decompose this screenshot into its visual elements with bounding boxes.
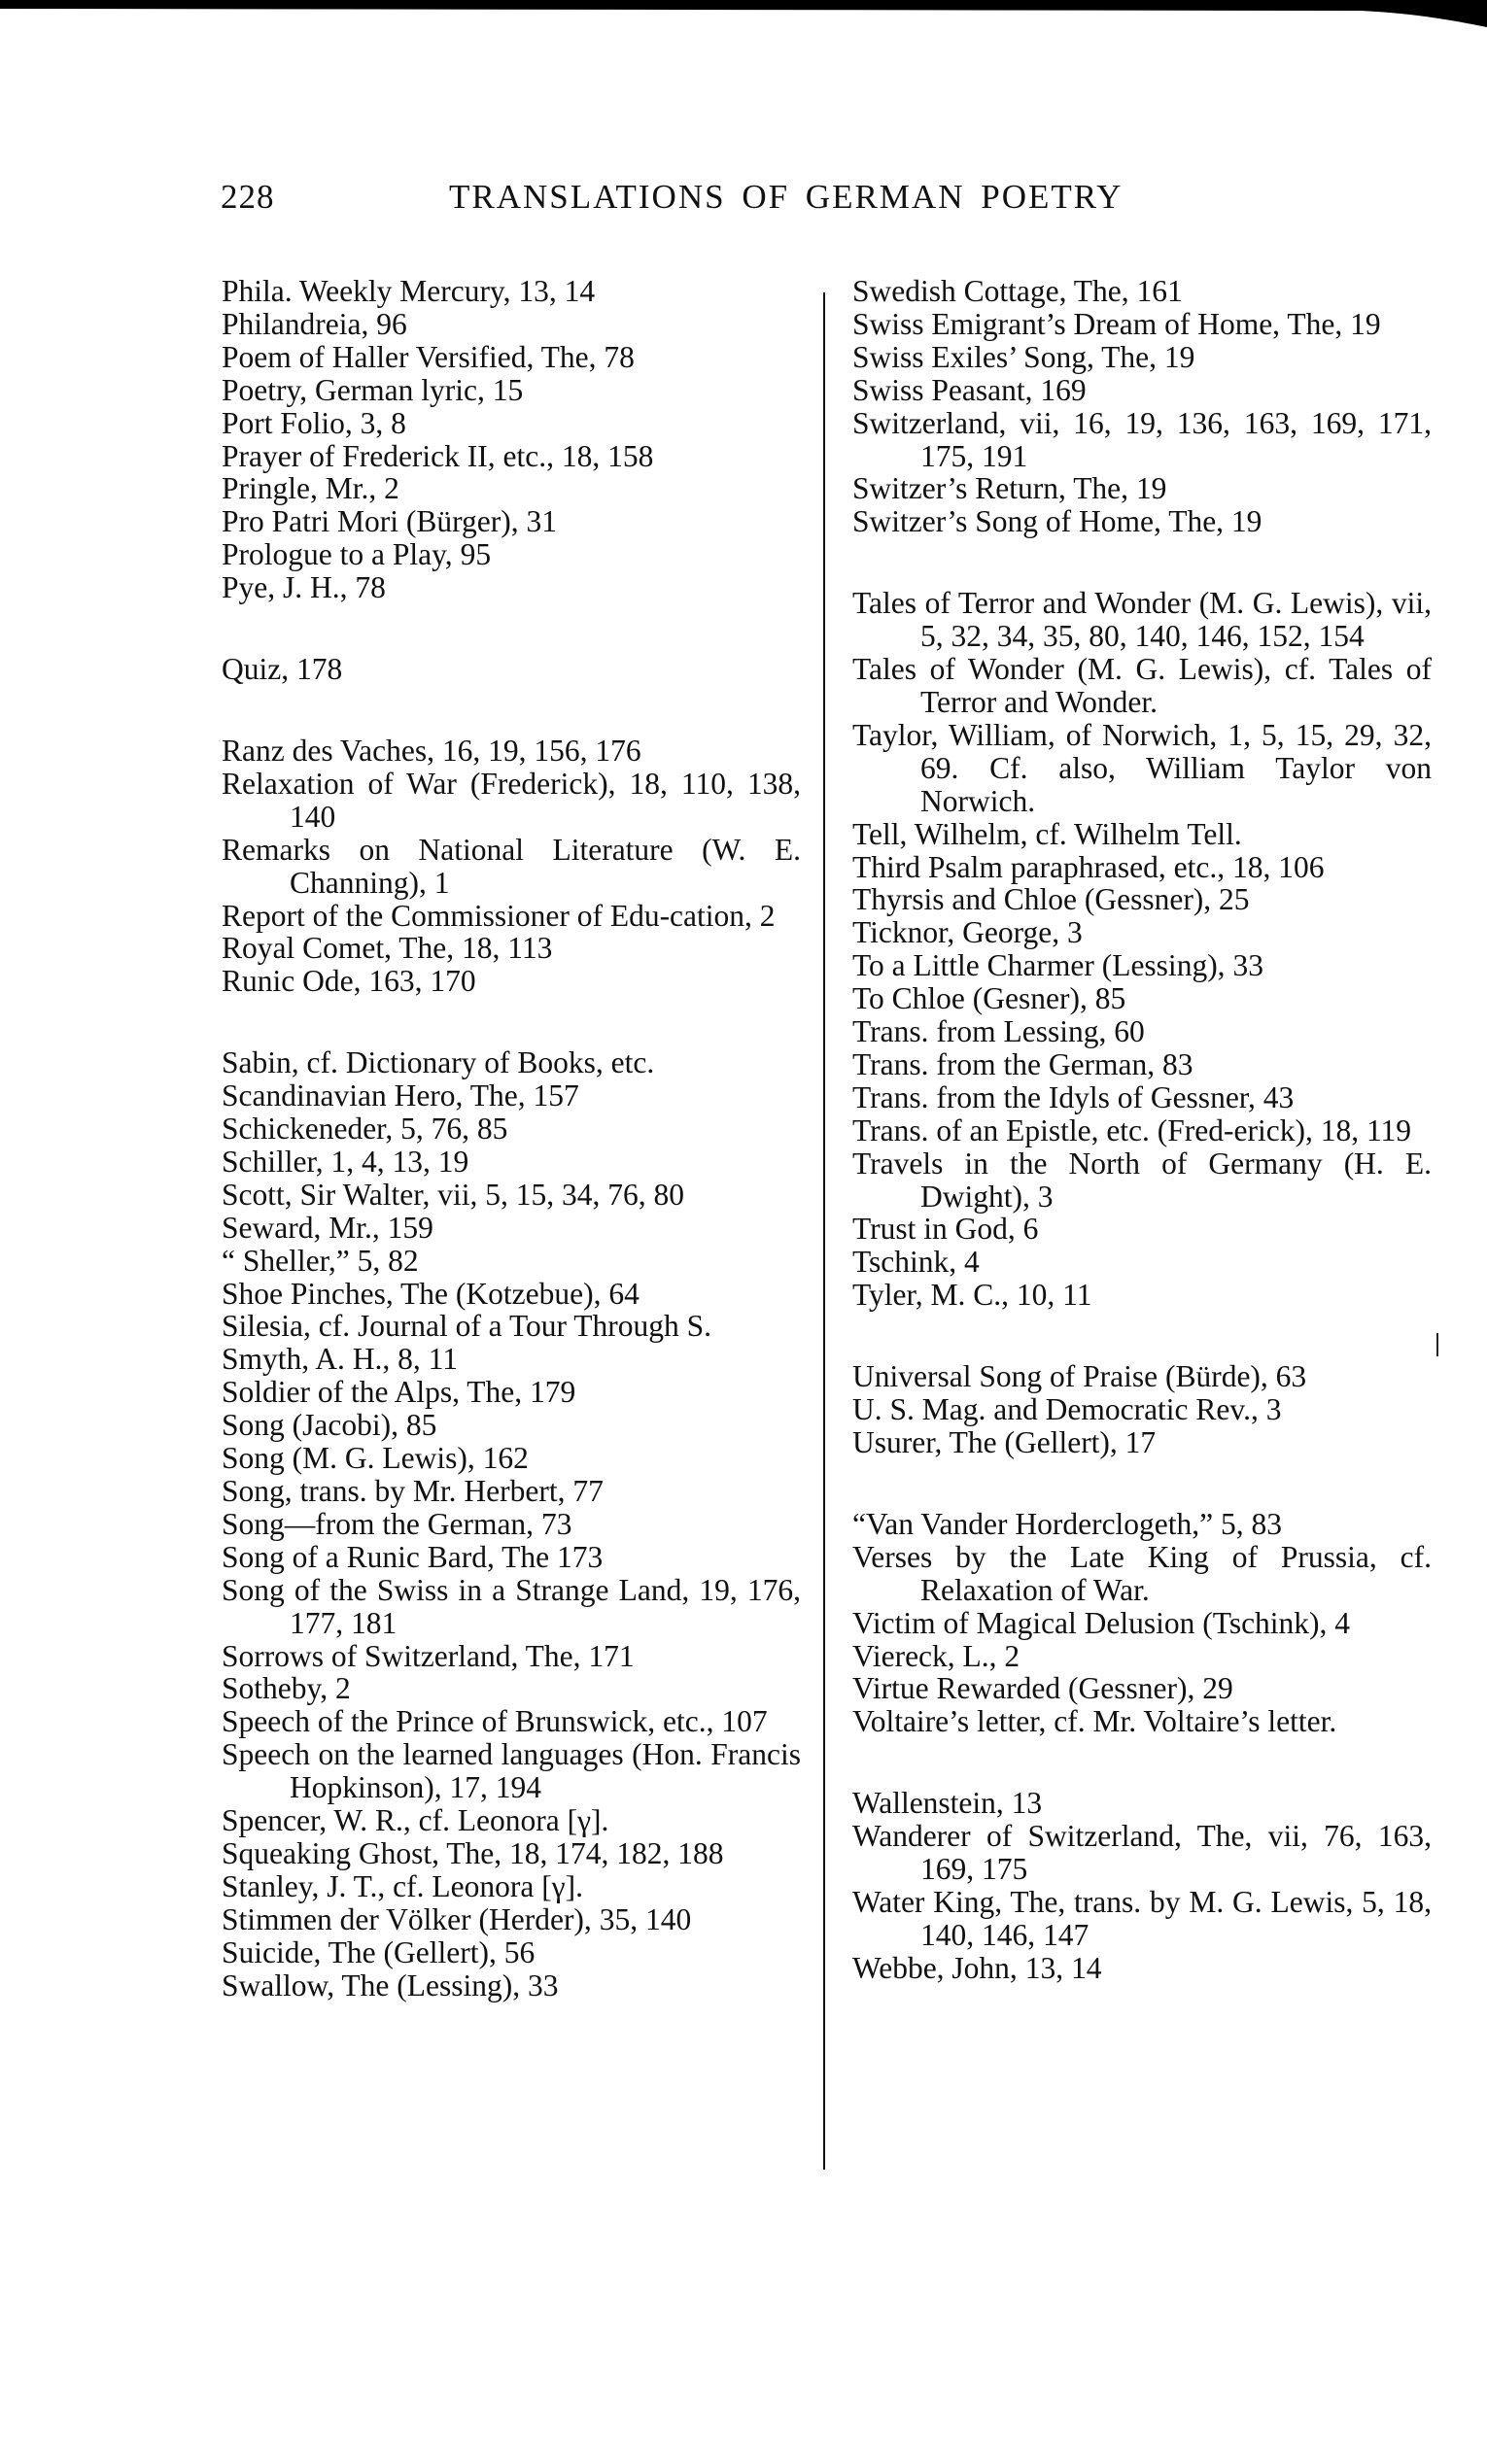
index-entry: Swallow, The (Lessing), 33	[222, 1969, 801, 2002]
index-entry: Trans. from the German, 83	[852, 1048, 1432, 1081]
entry-heading: Song—from the German,	[222, 1507, 541, 1541]
entry-heading: Water King, The, trans. by M. G. Lewis,	[852, 1885, 1362, 1919]
entry-page-refs: 19	[1136, 471, 1167, 505]
index-entry: Sotheby, 2	[222, 1672, 801, 1705]
entry-page-refs: 18, 158	[562, 439, 654, 473]
entry-page-refs: 19	[1350, 307, 1381, 341]
entry-heading: To Chloe (Gesner),	[852, 981, 1095, 1015]
entry-page-refs: 4	[964, 1245, 980, 1279]
index-entry: Poem of Haller Versified, The, 78	[222, 341, 801, 374]
index-entry: Song—from the German, 73	[222, 1508, 801, 1541]
entry-page-refs: 2	[384, 471, 399, 505]
index-entry: Swedish Cottage, The, 161	[852, 275, 1432, 308]
letter-group-p: Phila. Weekly Mercury, 13, 14Philandreia…	[222, 275, 801, 604]
entry-heading: U. S. Mag. and Democratic Rev.,	[852, 1392, 1266, 1426]
stray-mark	[1436, 1333, 1438, 1356]
entry-page-refs: 18, 119	[1321, 1113, 1411, 1147]
entry-heading: Virtue Rewarded (Gessner),	[852, 1671, 1202, 1705]
entry-heading: Relaxation of War (Frederick),	[222, 767, 629, 801]
entry-page-refs: 13	[1012, 1786, 1043, 1820]
entry-heading: Verses by the Late King of Prussia, cf. …	[852, 1540, 1432, 1607]
entry-heading: Remarks on National Literature (W. E. Ch…	[222, 833, 801, 900]
index-entry: Swiss Peasant, 169	[852, 374, 1432, 407]
entry-heading: Trans. from Lessing,	[852, 1014, 1114, 1048]
index-entry: Trans. from the Idyls of Gessner, 43	[852, 1081, 1432, 1114]
index-entry: Song (M. G. Lewis), 162	[222, 1442, 801, 1475]
entry-heading: Report of the Commissioner of Edu-cation…	[222, 899, 760, 933]
entry-page-refs: 161	[1137, 274, 1183, 308]
index-entry: Usurer, The (Gellert), 17	[852, 1426, 1432, 1459]
entry-page-refs: 18, 174, 182, 188	[509, 1836, 724, 1870]
entry-page-refs: 33	[1232, 948, 1263, 982]
entry-heading: Swiss Emigrant’s Dream of Home, The,	[852, 307, 1350, 341]
index-entry: Quiz, 178	[222, 653, 801, 686]
index-entry: Report of the Commissioner of Edu-cation…	[222, 900, 801, 933]
index-entry: Switzer’s Return, The, 19	[852, 472, 1432, 505]
index-entry: Song, trans. by Mr. Herbert, 77	[222, 1475, 801, 1508]
entry-page-refs: 8, 11	[398, 1342, 458, 1376]
entry-heading: Pro Patri Mori (Bürger),	[222, 504, 527, 538]
index-entry: Runic Ode, 163, 170	[222, 965, 801, 998]
entry-heading: Song, trans. by Mr. Herbert,	[222, 1474, 572, 1508]
entry-heading: Swiss Exiles’ Song, The,	[852, 340, 1164, 374]
entry-heading: Pye, J. H.,	[222, 570, 355, 604]
letter-group-q: Quiz, 178	[222, 653, 801, 686]
entry-page-refs: 3	[1266, 1392, 1282, 1426]
entry-heading: Suicide, The (Gellert),	[222, 1935, 504, 1969]
index-entry: Swiss Emigrant’s Dream of Home, The, 19	[852, 308, 1432, 341]
entry-heading: Tales of Terror and Wonder (M. G. Lewis)…	[852, 586, 1392, 620]
index-entry: Voltaire’s letter, cf. Mr. Voltaire’s le…	[852, 1705, 1432, 1738]
entry-heading: Taylor, William, of Norwich,	[852, 718, 1228, 752]
entry-heading: “Van Vander Horderclogeth,”	[852, 1507, 1221, 1541]
entry-page-refs: 157	[533, 1078, 578, 1112]
index-entry: Philandreia, 96	[222, 308, 801, 341]
entry-page-refs: 17	[1125, 1425, 1157, 1459]
index-entry: Scandinavian Hero, The, 157	[222, 1079, 801, 1112]
index-entry: Switzer’s Song of Home, The, 19	[852, 505, 1432, 538]
index-entry: Poetry, German lyric, 15	[222, 374, 801, 407]
entry-heading: Port Folio,	[222, 406, 361, 440]
entry-heading: Scandinavian Hero, The,	[222, 1078, 533, 1112]
index-entry: Soldier of the Alps, The, 179	[222, 1376, 801, 1409]
index-entry: Smyth, A. H., 8, 11	[222, 1343, 801, 1376]
index-entry: Song of a Runic Bard, The 173	[222, 1541, 801, 1574]
entry-page-refs: 18, 113	[462, 931, 552, 965]
entry-page-refs: 31	[527, 504, 558, 538]
index-entry: U. S. Mag. and Democratic Rev., 3	[852, 1393, 1432, 1426]
entry-page-refs: 107	[721, 1704, 767, 1738]
entry-page-refs: 95	[461, 537, 492, 571]
entry-page-refs: 19	[1164, 340, 1195, 374]
entry-heading: Tales of Wonder (M. G. Lewis), cf. Tales…	[852, 652, 1432, 719]
entry-page-refs: 13, 14	[1025, 1951, 1102, 1985]
entry-page-refs: 159	[388, 1211, 433, 1245]
entry-heading: Viereck, L.,	[852, 1639, 1004, 1673]
entry-page-refs: 64	[608, 1277, 640, 1311]
entry-heading: Song (M. G. Lewis),	[222, 1441, 483, 1475]
entry-heading: Stanley, J. T., cf. Leonora [γ].	[222, 1869, 583, 1903]
entry-page-refs: 78	[604, 340, 635, 374]
entry-page-refs: 6	[1023, 1212, 1039, 1246]
entry-heading: Tyler, M. C.,	[852, 1278, 1017, 1312]
entry-heading: Trans. from the German,	[852, 1047, 1162, 1081]
letter-group-r: Ranz des Vaches, 16, 19, 156, 176Relaxat…	[222, 735, 801, 998]
index-entry: Viereck, L., 2	[852, 1640, 1432, 1673]
index-entry: Prologue to a Play, 95	[222, 538, 801, 571]
entry-heading: Sorrows of Switzerland, The,	[222, 1639, 588, 1673]
index-entry: Stanley, J. T., cf. Leonora [γ].	[222, 1870, 801, 1903]
index-entry: Phila. Weekly Mercury, 13, 14	[222, 275, 801, 308]
index-entry: Water King, The, trans. by M. G. Lewis, …	[852, 1886, 1432, 1952]
scan-edge-shadow	[0, 0, 1487, 39]
index-entry: Prayer of Frederick II, etc., 18, 158	[222, 440, 801, 473]
entry-page-refs: 1, 4, 13, 19	[330, 1145, 468, 1179]
entry-page-refs: 78	[355, 570, 386, 604]
index-entry: Trust in God, 6	[852, 1213, 1432, 1246]
index-entry: Trans. from Lessing, 60	[852, 1015, 1432, 1048]
index-entry: To Chloe (Gesner), 85	[852, 982, 1432, 1015]
entry-heading: Ticknor, George,	[852, 915, 1067, 949]
entry-heading: Thyrsis and Chloe (Gessner),	[852, 882, 1219, 916]
index-entry: Taylor, William, of Norwich, 1, 5, 15, 2…	[852, 719, 1432, 818]
entry-page-refs: 4	[1334, 1606, 1350, 1640]
entry-heading: Switzerland,	[852, 406, 1020, 440]
index-entry: Virtue Rewarded (Gessner), 29	[852, 1672, 1432, 1705]
index-entry: Pye, J. H., 78	[222, 571, 801, 604]
entry-page-refs: 2	[335, 1671, 351, 1705]
entry-heading: To a Little Charmer (Lessing),	[852, 948, 1232, 982]
entry-page-refs: 29	[1202, 1671, 1233, 1705]
index-entry: Suicide, The (Gellert), 56	[222, 1936, 801, 1969]
entry-heading: Swiss Peasant,	[852, 373, 1040, 407]
entry-page-refs: 173	[557, 1540, 603, 1574]
index-entry: Tschink, 4	[852, 1246, 1432, 1279]
entry-heading: Swedish Cottage, The,	[852, 274, 1137, 308]
entry-heading: Prologue to a Play,	[222, 537, 461, 571]
entry-page-refs: 178	[296, 652, 342, 686]
entry-heading: Seward, Mr.,	[222, 1211, 388, 1245]
page-number: 228	[221, 178, 275, 217]
entry-page-refs: 73	[541, 1507, 572, 1541]
index-entry: Stimmen der Völker (Herder), 35, 140	[222, 1903, 801, 1936]
entry-page-refs: 60	[1114, 1014, 1145, 1048]
entry-heading: Switzer’s Return, The,	[852, 471, 1136, 505]
index-column-right: Swedish Cottage, The, 161Swiss Emigrant’…	[852, 275, 1432, 1985]
entry-page-refs: 77	[572, 1474, 604, 1508]
entry-page-refs: 3, 8	[361, 406, 406, 440]
entry-heading: Poetry, German lyric,	[222, 373, 493, 407]
letter-group-t: Tales of Terror and Wonder (M. G. Lewis)…	[852, 587, 1432, 1312]
index-entry: Switzerland, vii, 16, 19, 136, 163, 169,…	[852, 407, 1432, 473]
index-column-left: Phila. Weekly Mercury, 13, 14Philandreia…	[222, 275, 801, 2002]
entry-heading: Quiz,	[222, 652, 296, 686]
index-entry: Schiller, 1, 4, 13, 19	[222, 1146, 801, 1179]
entry-heading: Smyth, A. H.,	[222, 1342, 398, 1376]
letter-group-s: Swedish Cottage, The, 161Swiss Emigrant’…	[852, 275, 1432, 538]
entry-heading: Royal Comet, The,	[222, 931, 462, 965]
index-entry: Port Folio, 3, 8	[222, 407, 801, 440]
entry-page-refs: 169	[1040, 373, 1086, 407]
index-entry: Pringle, Mr., 2	[222, 472, 801, 505]
letter-group-spacer	[852, 1312, 1432, 1360]
index-entry: Ticknor, George, 3	[852, 916, 1432, 949]
index-entry: Tales of Wonder (M. G. Lewis), cf. Tales…	[852, 653, 1432, 719]
index-entry: Pro Patri Mori (Bürger), 31	[222, 505, 801, 538]
entry-heading: Usurer, The (Gellert),	[852, 1425, 1125, 1459]
letter-group-u: Universal Song of Praise (Bürde), 63U. S…	[852, 1360, 1432, 1459]
entry-heading: Sotheby,	[222, 1671, 335, 1705]
entry-heading: Third Psalm paraphrased, etc.,	[852, 850, 1232, 884]
letter-group-spacer	[852, 1738, 1432, 1787]
index-entry: Swiss Exiles’ Song, The, 19	[852, 341, 1432, 374]
entry-page-refs: 162	[483, 1441, 529, 1475]
index-entry: Victim of Magical Delusion (Tschink), 4	[852, 1607, 1432, 1640]
letter-group-spacer	[222, 686, 801, 735]
entry-page-refs: vii, 5, 15, 34, 76, 80	[437, 1178, 684, 1212]
entry-heading: Wanderer of Switzerland, The,	[852, 1819, 1268, 1853]
entry-heading: Tschink,	[852, 1245, 964, 1279]
entry-page-refs: 56	[504, 1935, 536, 1969]
index-entry: Travels in the North of Germany (H. E. D…	[852, 1147, 1432, 1214]
entry-page-refs: 171	[588, 1639, 634, 1673]
entry-page-refs: 63	[1276, 1359, 1307, 1393]
entry-page-refs: 18, 106	[1232, 850, 1325, 884]
entry-heading: Song of a Runic Bard, The	[222, 1540, 557, 1574]
entry-heading: Wallenstein,	[852, 1786, 1012, 1820]
entry-heading: Trust in God,	[852, 1212, 1023, 1246]
entry-heading: Squeaking Ghost, The,	[222, 1836, 509, 1870]
entry-heading: Shoe Pinches, The (Kotzebue),	[222, 1277, 608, 1311]
entry-heading: “ Sheller,”	[222, 1244, 358, 1278]
entry-page-refs: 17, 194	[450, 1770, 542, 1804]
entry-page-refs: 35, 140	[600, 1902, 692, 1936]
entry-page-refs: 25	[1219, 882, 1250, 916]
entry-page-refs: 2	[760, 899, 776, 933]
entry-heading: Soldier of the Alps, The,	[222, 1375, 530, 1409]
entry-heading: Victim of Magical Delusion (Tschink),	[852, 1606, 1334, 1640]
index-entry: Tales of Terror and Wonder (M. G. Lewis)…	[852, 587, 1432, 653]
index-entry: Schickeneder, 5, 76, 85	[222, 1112, 801, 1146]
entry-page-refs: 163, 170	[368, 964, 475, 998]
index-entry: Remarks on National Literature (W. E. Ch…	[222, 834, 801, 900]
entry-heading: Webbe, John,	[852, 1951, 1025, 1985]
entry-heading: Switzer’s Song of Home, The,	[852, 504, 1231, 538]
index-entry: Universal Song of Praise (Bürde), 63	[852, 1360, 1432, 1393]
index-entry: Song (Jacobi), 85	[222, 1409, 801, 1442]
index-entry: Seward, Mr., 159	[222, 1212, 801, 1245]
letter-group-v: “Van Vander Horderclogeth,” 5, 83Verses …	[852, 1508, 1432, 1738]
letter-group-s: Sabin, cf. Dictionary of Books, etc.Scan…	[222, 1046, 801, 2002]
letter-group-spacer	[222, 604, 801, 653]
entry-heading: Trans. of an Epistle, etc. (Fred-erick),	[852, 1113, 1321, 1147]
entry-page-refs: 5, 83	[1221, 1507, 1282, 1541]
entry-heading: Trans. from the Idyls of Gessner,	[852, 1080, 1263, 1114]
index-entry: Royal Comet, The, 18, 113	[222, 932, 801, 965]
letter-group-spacer	[852, 1459, 1432, 1508]
entry-heading: Schickeneder,	[222, 1112, 400, 1146]
entry-heading: Scott, Sir Walter,	[222, 1178, 437, 1212]
entry-heading: Voltaire’s letter, cf. Mr. Voltaire’s le…	[852, 1704, 1336, 1738]
entry-heading: Runic Ode,	[222, 964, 368, 998]
entry-heading: Pringle, Mr.,	[222, 471, 384, 505]
entry-heading: Ranz des Vaches,	[222, 734, 442, 768]
entry-heading: Schiller,	[222, 1145, 330, 1179]
index-entry: “ Sheller,” 5, 82	[222, 1245, 801, 1278]
entry-heading: Tell, Wilhelm, cf. Wilhelm Tell.	[852, 817, 1242, 851]
entry-heading: Stimmen der Völker (Herder),	[222, 1902, 600, 1936]
entry-page-refs: 19	[1231, 504, 1262, 538]
entry-page-refs: 5, 76, 85	[400, 1112, 507, 1146]
index-entry: Wallenstein, 13	[852, 1787, 1432, 1820]
index-entry: “Van Vander Horderclogeth,” 5, 83	[852, 1508, 1432, 1541]
entry-page-refs: 2	[1004, 1639, 1020, 1673]
index-entry: Speech on the learned languages (Hon. Fr…	[222, 1738, 801, 1804]
index-entry: Spencer, W. R., cf. Leonora [γ].	[222, 1804, 801, 1837]
index-entry: Sorrows of Switzerland, The, 171	[222, 1640, 801, 1673]
entry-heading: Universal Song of Praise (Bürde),	[852, 1359, 1276, 1393]
index-entry: Silesia, cf. Journal of a Tour Through S…	[222, 1310, 801, 1343]
entry-page-refs: 10, 11	[1017, 1278, 1092, 1312]
entry-heading: Song (Jacobi),	[222, 1408, 406, 1442]
letter-group-w: Wallenstein, 13Wanderer of Switzerland, …	[852, 1787, 1432, 1984]
index-entry: To a Little Charmer (Lessing), 33	[852, 949, 1432, 982]
index-entry: Thyrsis and Chloe (Gessner), 25	[852, 883, 1432, 916]
index-entry: Wanderer of Switzerland, The, vii, 76, 1…	[852, 1820, 1432, 1886]
entry-page-refs: 179	[530, 1375, 575, 1409]
entry-page-refs: 3	[1038, 1180, 1054, 1214]
index-entry: Verses by the Late King of Prussia, cf. …	[852, 1541, 1432, 1607]
index-entry: Relaxation of War (Frederick), 18, 110, …	[222, 768, 801, 834]
index-entry: Ranz des Vaches, 16, 19, 156, 176	[222, 735, 801, 768]
entry-page-refs: 96	[376, 307, 407, 341]
entry-page-refs: 15	[493, 373, 524, 407]
entry-page-refs: 33	[528, 1968, 559, 2002]
index-entry: Song of the Swiss in a Strange Land, 19,…	[222, 1574, 801, 1640]
index-entry: Third Psalm paraphrased, etc., 18, 106	[852, 851, 1432, 884]
entry-heading: Speech of the Prince of Brunswick, etc.,	[222, 1704, 721, 1738]
entry-page-refs: 43	[1263, 1080, 1295, 1114]
entry-heading: Phila. Weekly Mercury,	[222, 274, 518, 308]
entry-page-refs: 83	[1162, 1047, 1193, 1081]
entry-page-refs: 85	[1095, 981, 1126, 1015]
entry-page-refs: 13, 14	[518, 274, 595, 308]
entry-page-refs: 3	[1067, 915, 1083, 949]
entry-page-refs: 1	[434, 866, 450, 900]
index-entry: Squeaking Ghost, The, 18, 174, 182, 188	[222, 1837, 801, 1870]
index-entry: Tell, Wilhelm, cf. Wilhelm Tell.	[852, 818, 1432, 851]
entry-page-refs: 85	[406, 1408, 437, 1442]
index-entry: Shoe Pinches, The (Kotzebue), 64	[222, 1278, 801, 1311]
entry-heading: Sabin, cf. Dictionary of Books, etc.	[222, 1045, 654, 1079]
entry-heading: Silesia, cf. Journal of a Tour Through S…	[222, 1309, 711, 1343]
index-entry: Tyler, M. C., 10, 11	[852, 1279, 1432, 1312]
index-entry: Trans. of an Epistle, etc. (Fred-erick),…	[852, 1114, 1432, 1147]
index-entry: Sabin, cf. Dictionary of Books, etc.	[222, 1046, 801, 1079]
entry-heading: Swallow, The (Lessing),	[222, 1968, 528, 2002]
entry-page-refs: 5, 82	[358, 1244, 419, 1278]
column-divider	[823, 292, 825, 2170]
letter-group-spacer	[222, 998, 801, 1046]
index-entry: Scott, Sir Walter, vii, 5, 15, 34, 76, 8…	[222, 1179, 801, 1212]
index-entry: Webbe, John, 13, 14	[852, 1952, 1432, 1985]
letter-group-spacer	[852, 538, 1432, 587]
entry-heading: Poem of Haller Versified, The,	[222, 340, 604, 374]
entry-heading: Prayer of Frederick II, etc.,	[222, 439, 562, 473]
entry-heading: Song of the Swiss in a Strange Land,	[222, 1573, 699, 1607]
entry-page-refs: 16, 19, 156, 176	[442, 734, 641, 768]
running-title: TRANSLATIONS OF GERMAN POETRY	[449, 178, 1123, 217]
index-entry: Speech of the Prince of Brunswick, etc.,…	[222, 1705, 801, 1738]
entry-heading: Philandreia,	[222, 307, 376, 341]
entry-heading: Travels in the North of Germany (H. E. D…	[852, 1146, 1432, 1214]
entry-heading: Spencer, W. R., cf. Leonora [γ].	[222, 1803, 608, 1837]
